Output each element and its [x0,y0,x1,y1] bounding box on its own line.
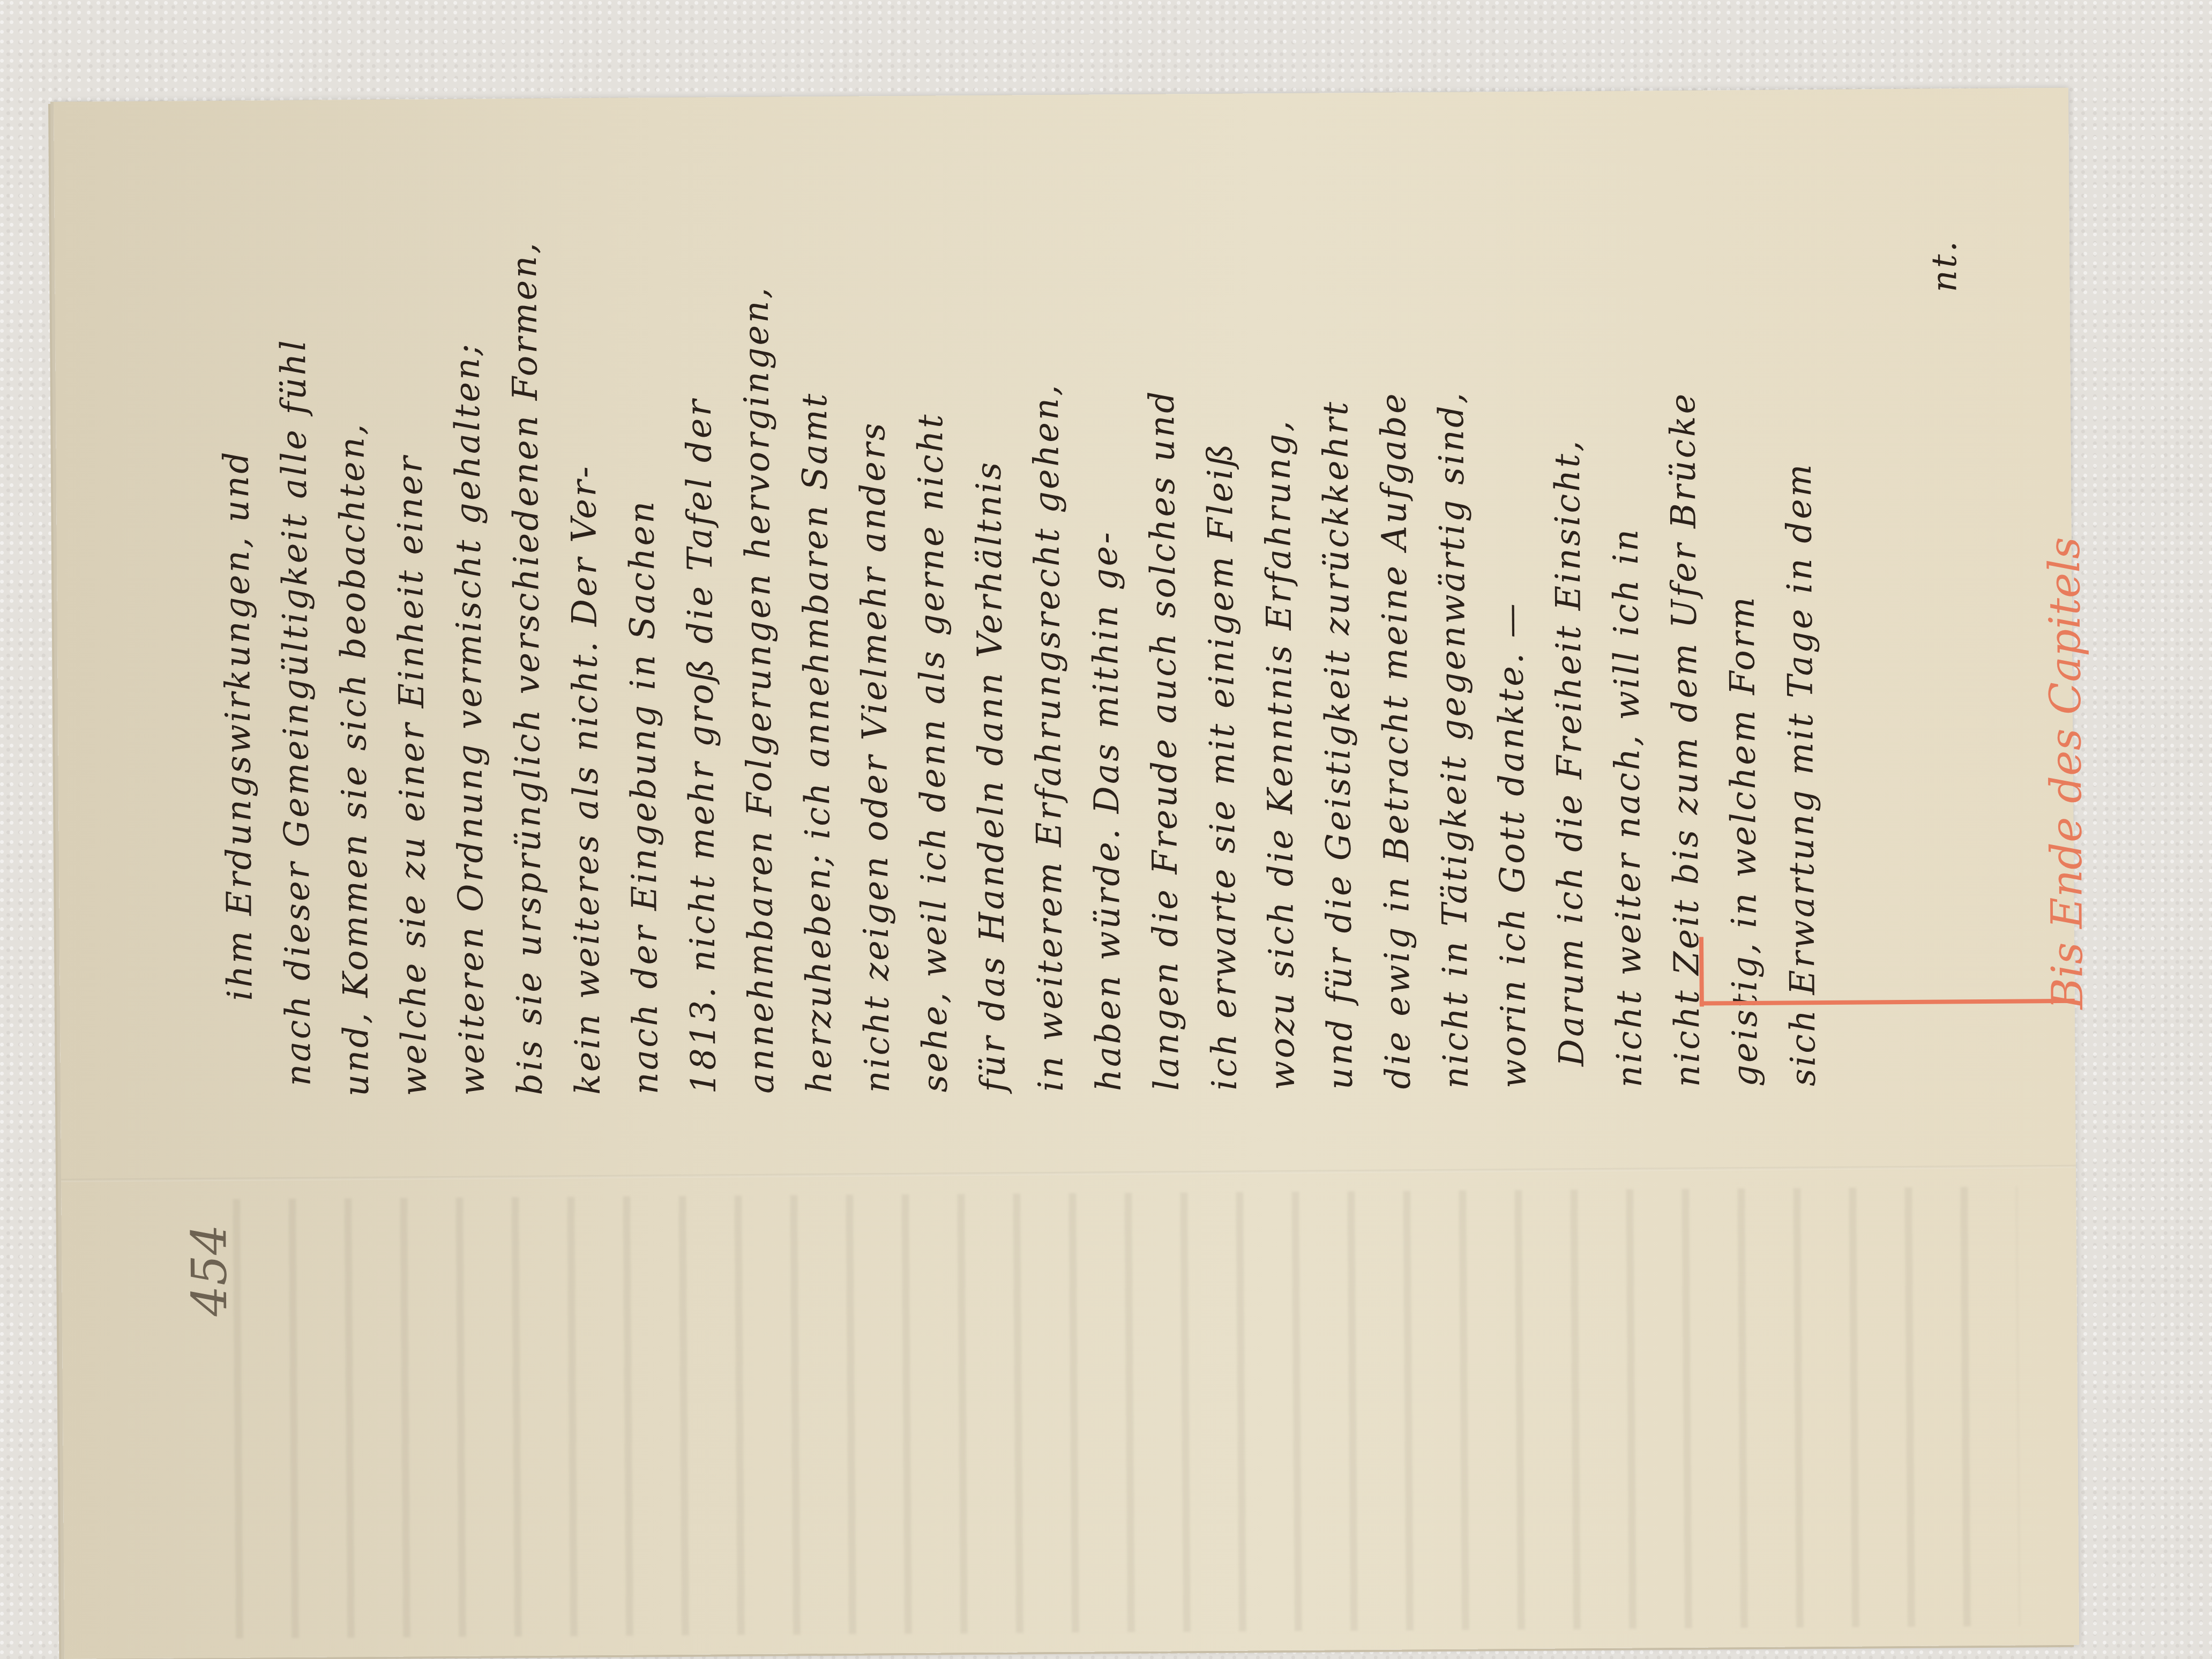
text-line: kein weiteres als nicht. Der Ver- [564,464,608,1095]
text-line: sich Erwartung mit Tage in dem [1780,462,1824,1086]
text-line: Darum ich die Freiheit Einsicht, [1548,438,1591,1066]
text-line: haben würde. Das mithin ge- [1086,530,1129,1092]
text-line: nicht zeigen oder Vielmehr anders [853,421,898,1093]
manuscript-page: ihm Erdungswirkungen, und nach dieser Ge… [54,88,2079,1659]
text-line: nicht in Tätigkeit gegenwärtig sind, [1432,391,1476,1089]
text-line: ihm Erdungswirkungen, und [217,450,260,1001]
text-line: weiteren Ordnung vermischt gehalten; [447,342,492,1096]
text-line: nach dieser Gemeingültigkeit alle fühl [274,338,319,1086]
text-line: geistig, in welchem Form [1723,595,1766,1087]
text-line: nach der Eingebung in Sachen [622,499,666,1094]
text-line: für das Handeln dann Verhältnis [969,460,1013,1093]
text-line: nt. [1925,239,1965,293]
text-line: und für die Geistigkeit zurückkehrt [1316,400,1361,1090]
text-line: 1813. nicht mehr groß die Tafel der [679,398,724,1094]
text-line: in weiterem Erfahrungsrecht gehen, [1027,383,1071,1092]
text-line: sehe, weil ich denn als gerne nicht [911,412,955,1093]
handwritten-text-block: ihm Erdungswirkungen, und nach dieser Ge… [188,153,2019,1409]
text-line: bis sie ursprünglich verschiedenen Forme… [505,241,550,1095]
text-line: welche sie zu einer Einheit einer [391,454,435,1096]
page-number: 454 [181,1224,238,1317]
text-line: ich erwarte sie mit einigem Fleiß [1200,442,1244,1090]
text-line: wozu sich die Kenntnis Erfahrung, [1258,419,1303,1090]
text-line: herzuheben; ich annehmbaren Samt [795,391,840,1093]
text-line: langen die Freude auch solches und [1142,389,1187,1091]
text-line: die ewig in Betracht meine Aufgabe [1374,391,1418,1089]
text-line: worin ich Gott dankte. — [1491,601,1534,1088]
text-line: und, Kommen sie sich beobachten, [332,422,377,1096]
text-line: annehmbaren Folgerungen hervorgingen, [736,286,782,1094]
red-pencil-annotation: Bis Ende des Capitels [2039,537,2093,1010]
text-line: nicht weiter nach, will ich in [1606,527,1650,1088]
